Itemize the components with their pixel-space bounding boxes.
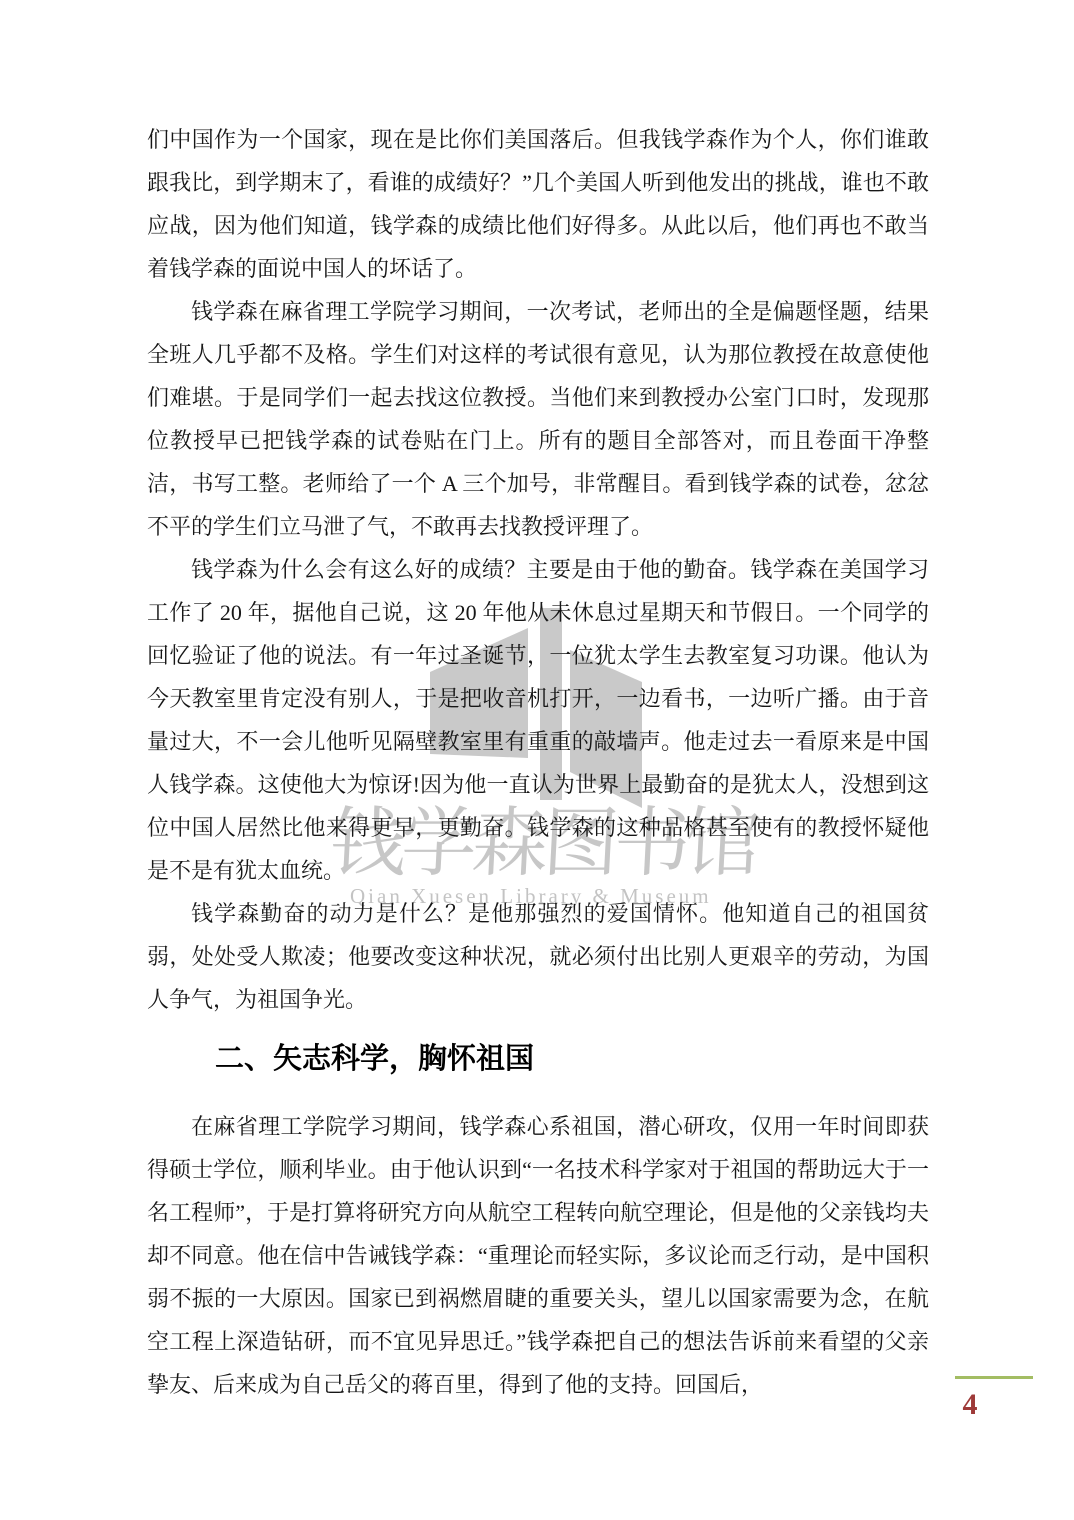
body-paragraph: 钱学森在麻省理工学院学习期间，一次考试，老师出的全是偏题怪题，结果全班人几乎都不… xyxy=(147,290,929,548)
page-number: 4 xyxy=(938,1388,1002,1422)
page-content: 们中国作为一个国家，现在是比你们美国落后。但我钱学森作为个人，你们谁敢跟我比，到… xyxy=(147,118,929,1406)
body-paragraph: 钱学森为什么会有这么好的成绩？主要是由于他的勤奋。钱学森在美国学习工作了 20 … xyxy=(147,548,929,892)
document-page: 钱学森图书馆 Qian Xuesen Library & Museum 们中国作… xyxy=(0,0,1074,1520)
body-paragraph: 们中国作为一个国家，现在是比你们美国落后。但我钱学森作为个人，你们谁敢跟我比，到… xyxy=(147,118,929,290)
section-heading: 二、矢志科学，胸怀祖国 xyxy=(147,1041,929,1077)
body-paragraph: 钱学森勤奋的动力是什么？是他那强烈的爱国情怀。他知道自己的祖国贫弱，处处受人欺凌… xyxy=(147,892,929,1021)
footer-accent-line xyxy=(955,1376,1033,1379)
body-paragraph: 在麻省理工学院学习期间，钱学森心系祖国，潜心研攻，仅用一年时间即获得硕士学位，顺… xyxy=(147,1105,929,1406)
